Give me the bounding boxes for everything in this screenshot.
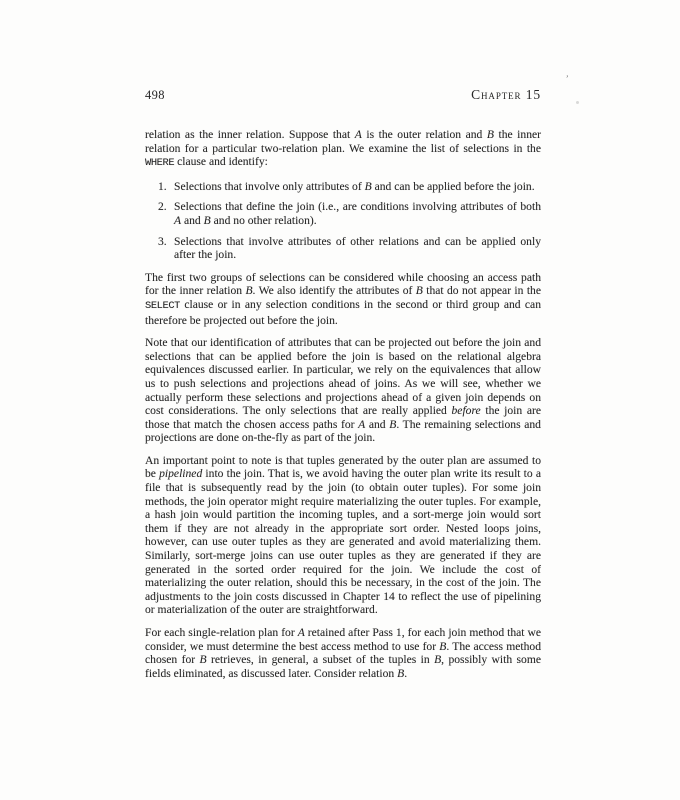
text-run: is the outer relation and [362,128,487,141]
text-run: For each single-relation plan for [145,626,298,639]
text-run: that do not appear in the [423,284,541,297]
list-item: 1.Selections that involve only attribute… [145,180,541,194]
text-run: Selections that involve only attributes … [174,180,365,193]
chapter-header: Chapter 15 [471,87,541,103]
page-number: 498 [145,88,165,103]
page-body: relation as the inner relation. Suppose … [145,128,541,680]
code-keyword: SELECT [145,300,180,312]
text-run: clause or in any selection conditions in… [145,298,541,327]
text-run: and [365,418,389,431]
italic-term: B [416,284,423,297]
text-run: relation as the inner relation. Suppose … [145,128,355,141]
code-keyword: WHERE [145,157,174,169]
list-item-text: Selections that involve only attributes … [174,180,541,194]
page-content: 498 Chapter 15 relation as the inner rel… [145,87,541,689]
scanned-page: ’ 498 Chapter 15 relation as the inner r… [0,0,680,800]
text-run: . [404,667,407,680]
text-run: and can be applied before the join. [372,180,535,193]
list-item-marker: 3. [158,235,174,262]
italic-term: A [355,128,362,141]
paragraph: An important point to note is that tuple… [145,454,541,617]
italic-term: before [452,404,481,417]
list-item-marker: 1. [158,180,174,194]
text-run: Selections that involve attributes of ot… [174,235,541,262]
list-item: 3.Selections that involve attributes of … [145,235,541,262]
paragraph: Note that our identification of attribut… [145,336,541,445]
italic-term: B [245,284,252,297]
italic-term: pipelined [159,467,202,480]
list-item-text: Selections that define the join (i.e., a… [174,200,541,227]
list-item-marker: 2. [158,200,174,227]
text-run: retrieves, in general, a subset of the t… [207,653,434,666]
italic-term: B [204,214,211,227]
text-run: into the join. That is, we avoid having … [145,467,541,616]
paragraph: For each single-relation plan for A reta… [145,626,541,680]
italic-term: A [298,626,305,639]
italic-term: B [487,128,494,141]
list-item-text: Selections that involve attributes of ot… [174,235,541,262]
text-run: and [181,214,204,227]
scan-smudge [576,101,579,104]
paragraph: The first two groups of selections can b… [145,271,541,327]
text-run: . We also identify the attributes of [253,284,416,297]
paragraph: relation as the inner relation. Suppose … [145,128,541,171]
italic-term: B [200,653,207,666]
italic-term: B [365,180,372,193]
list-item: 2.Selections that define the join (i.e.,… [145,200,541,227]
scan-artifact-mark: ’ [564,74,569,85]
running-head: 498 Chapter 15 [145,87,541,103]
text-run: and no other relation). [211,214,317,227]
text-run: Selections that define the join (i.e., a… [174,200,541,213]
text-run: clause and identify: [174,155,268,168]
